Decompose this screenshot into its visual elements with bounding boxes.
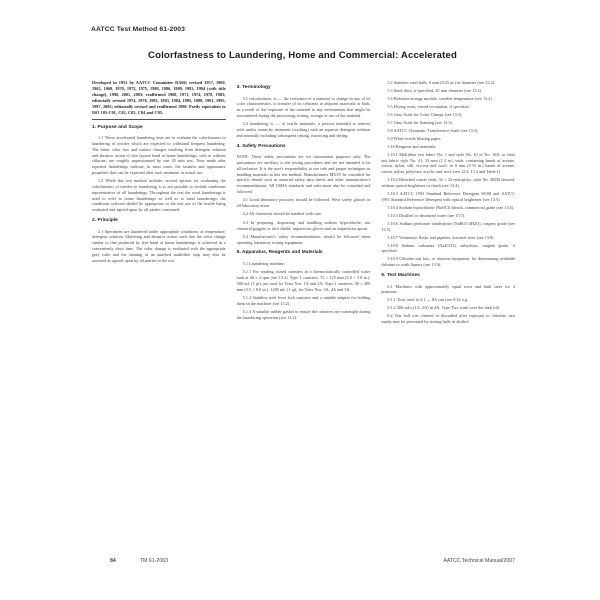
section-heading: 5. Apparatus, Reagents and Materials <box>237 250 371 257</box>
section-heading: 1. Purpose and Scope <box>92 125 226 132</box>
document-header: AATCC Test Method 61-2003 <box>91 26 391 33</box>
document-body: Developed in 1952 by AATCC Committee RA6… <box>92 80 515 550</box>
paragraph: 3.1 colorfastness, n. — the resistance o… <box>237 96 371 119</box>
paragraph: 5.1 Laundering machine. <box>237 261 371 267</box>
paragraph: NOTE: These safety precautions are for i… <box>237 154 371 195</box>
column-left: Developed in 1952 by AATCC Committee RA6… <box>92 80 226 550</box>
paragraph: 5.1.3 A suitable rubber gasket to ensure… <box>237 309 371 321</box>
paragraph: 5.10.6 Sodium perborate tetrahydrate (Na… <box>381 221 515 233</box>
section-heading: 6. Test Machines <box>381 273 515 280</box>
paragraph: 5.10 Reagents and materials: <box>381 144 515 150</box>
paragraph: 5.2 Stainless steel balls, 6 mm (0.25 in… <box>381 80 515 86</box>
paragraph: 5.10.5 Distilled or deionized water (see… <box>381 213 515 219</box>
document-title: Colorfastness to Laundering, Home and Co… <box>90 50 515 61</box>
section-heading: 4. Safety Precautions <box>237 144 371 151</box>
paragraph: 2.1 Specimens are laundered under approp… <box>92 229 226 264</box>
paragraph: 5.10.9 Chlorine test kits, or titration … <box>381 256 515 268</box>
paragraph: 5.8 AATCC Chromatic Transference Scale (… <box>381 128 515 134</box>
paragraph: 5.9 White textile blotting paper. <box>381 136 515 142</box>
paragraph: 5.10.2 Bleached cotton cloth, 32 × 32 en… <box>381 177 515 189</box>
paragraph: 4.2 All chemicals should be handled with… <box>237 211 371 217</box>
divider <box>92 119 226 120</box>
history-note: Developed in 1952 by AATCC Committee RA6… <box>92 80 226 116</box>
footer-manual-name: AATCC Technical Manual/2007 <box>443 558 515 564</box>
paragraph: 5.10.3 AATCC 1993 Standard Reference Det… <box>381 191 515 203</box>
document-page: AATCC Test Method 61-2003 Colorfastness … <box>0 0 600 600</box>
column-right: 5.2 Stainless steel balls, 6 mm (0.25 in… <box>381 80 515 550</box>
paragraph: 4.4 Manufacturer's safety recommendation… <box>237 234 371 246</box>
paragraph: 3.2 laundering, n. — of textile material… <box>237 121 371 138</box>
paragraph: 5.3 Steel discs, if specified, 25 mm dia… <box>381 88 515 94</box>
paragraph: 5.10.4 Sodium hypochlorite (NaOCl) bleac… <box>381 205 515 211</box>
document-footer: 84 TM 61-2003 AATCC Technical Manual/200… <box>92 558 515 570</box>
footer-page-number: 84 <box>110 558 116 564</box>
paragraph: 6.1 Machines with approximately equal ro… <box>381 284 515 296</box>
paragraph: 5.6 Gray Scale for Color Change (see 13.… <box>381 112 515 118</box>
section-heading: 3. Terminology <box>237 85 371 92</box>
paragraph: 5.1.1 For rotating closed canisters in a… <box>237 269 371 292</box>
paragraph: 6.1.1 Tests used in 2.1 — 8A can (see 9.… <box>381 297 515 303</box>
paragraph: 6.1.2 500 mLs (1A, 2A) in 4A, Type Two w… <box>381 305 515 311</box>
paragraph: 4.3 In preparing, dispensing and handlin… <box>237 220 371 232</box>
paragraph: 5.10.8 Sodium carbonate (Na2CO3), anhydr… <box>381 243 515 255</box>
paragraph: 4.1 Good laboratory practices should be … <box>237 197 371 209</box>
footer-method-ref: TM 61-2003 <box>140 558 168 564</box>
paragraph: 5.7 Gray Scale for Staining (see 13.3). <box>381 120 515 126</box>
section-heading: 2. Principle <box>92 218 226 225</box>
paragraph: 1.2 While this test method includes seve… <box>92 178 226 213</box>
paragraph: 5.4 Preheater/storage module, variable t… <box>381 96 515 102</box>
paragraph: 5.1.2 Stainless steel lever lock caniste… <box>237 295 371 307</box>
paragraph: 1.1 These accelerated laundering tests a… <box>92 135 226 176</box>
paragraph: 5.10.1 Multifiber test fabric No. 1 and … <box>381 152 515 175</box>
paragraph: 5.10.7 Volumetric flasks and pipettes, a… <box>381 235 515 241</box>
paragraph: 5.5 Drying oven, forced circulation, if … <box>381 104 515 110</box>
column-middle: 3. Terminology3.1 colorfastness, n. — th… <box>237 80 371 550</box>
paragraph: 6.2 Test ball was cleaned or discarded a… <box>381 313 515 325</box>
